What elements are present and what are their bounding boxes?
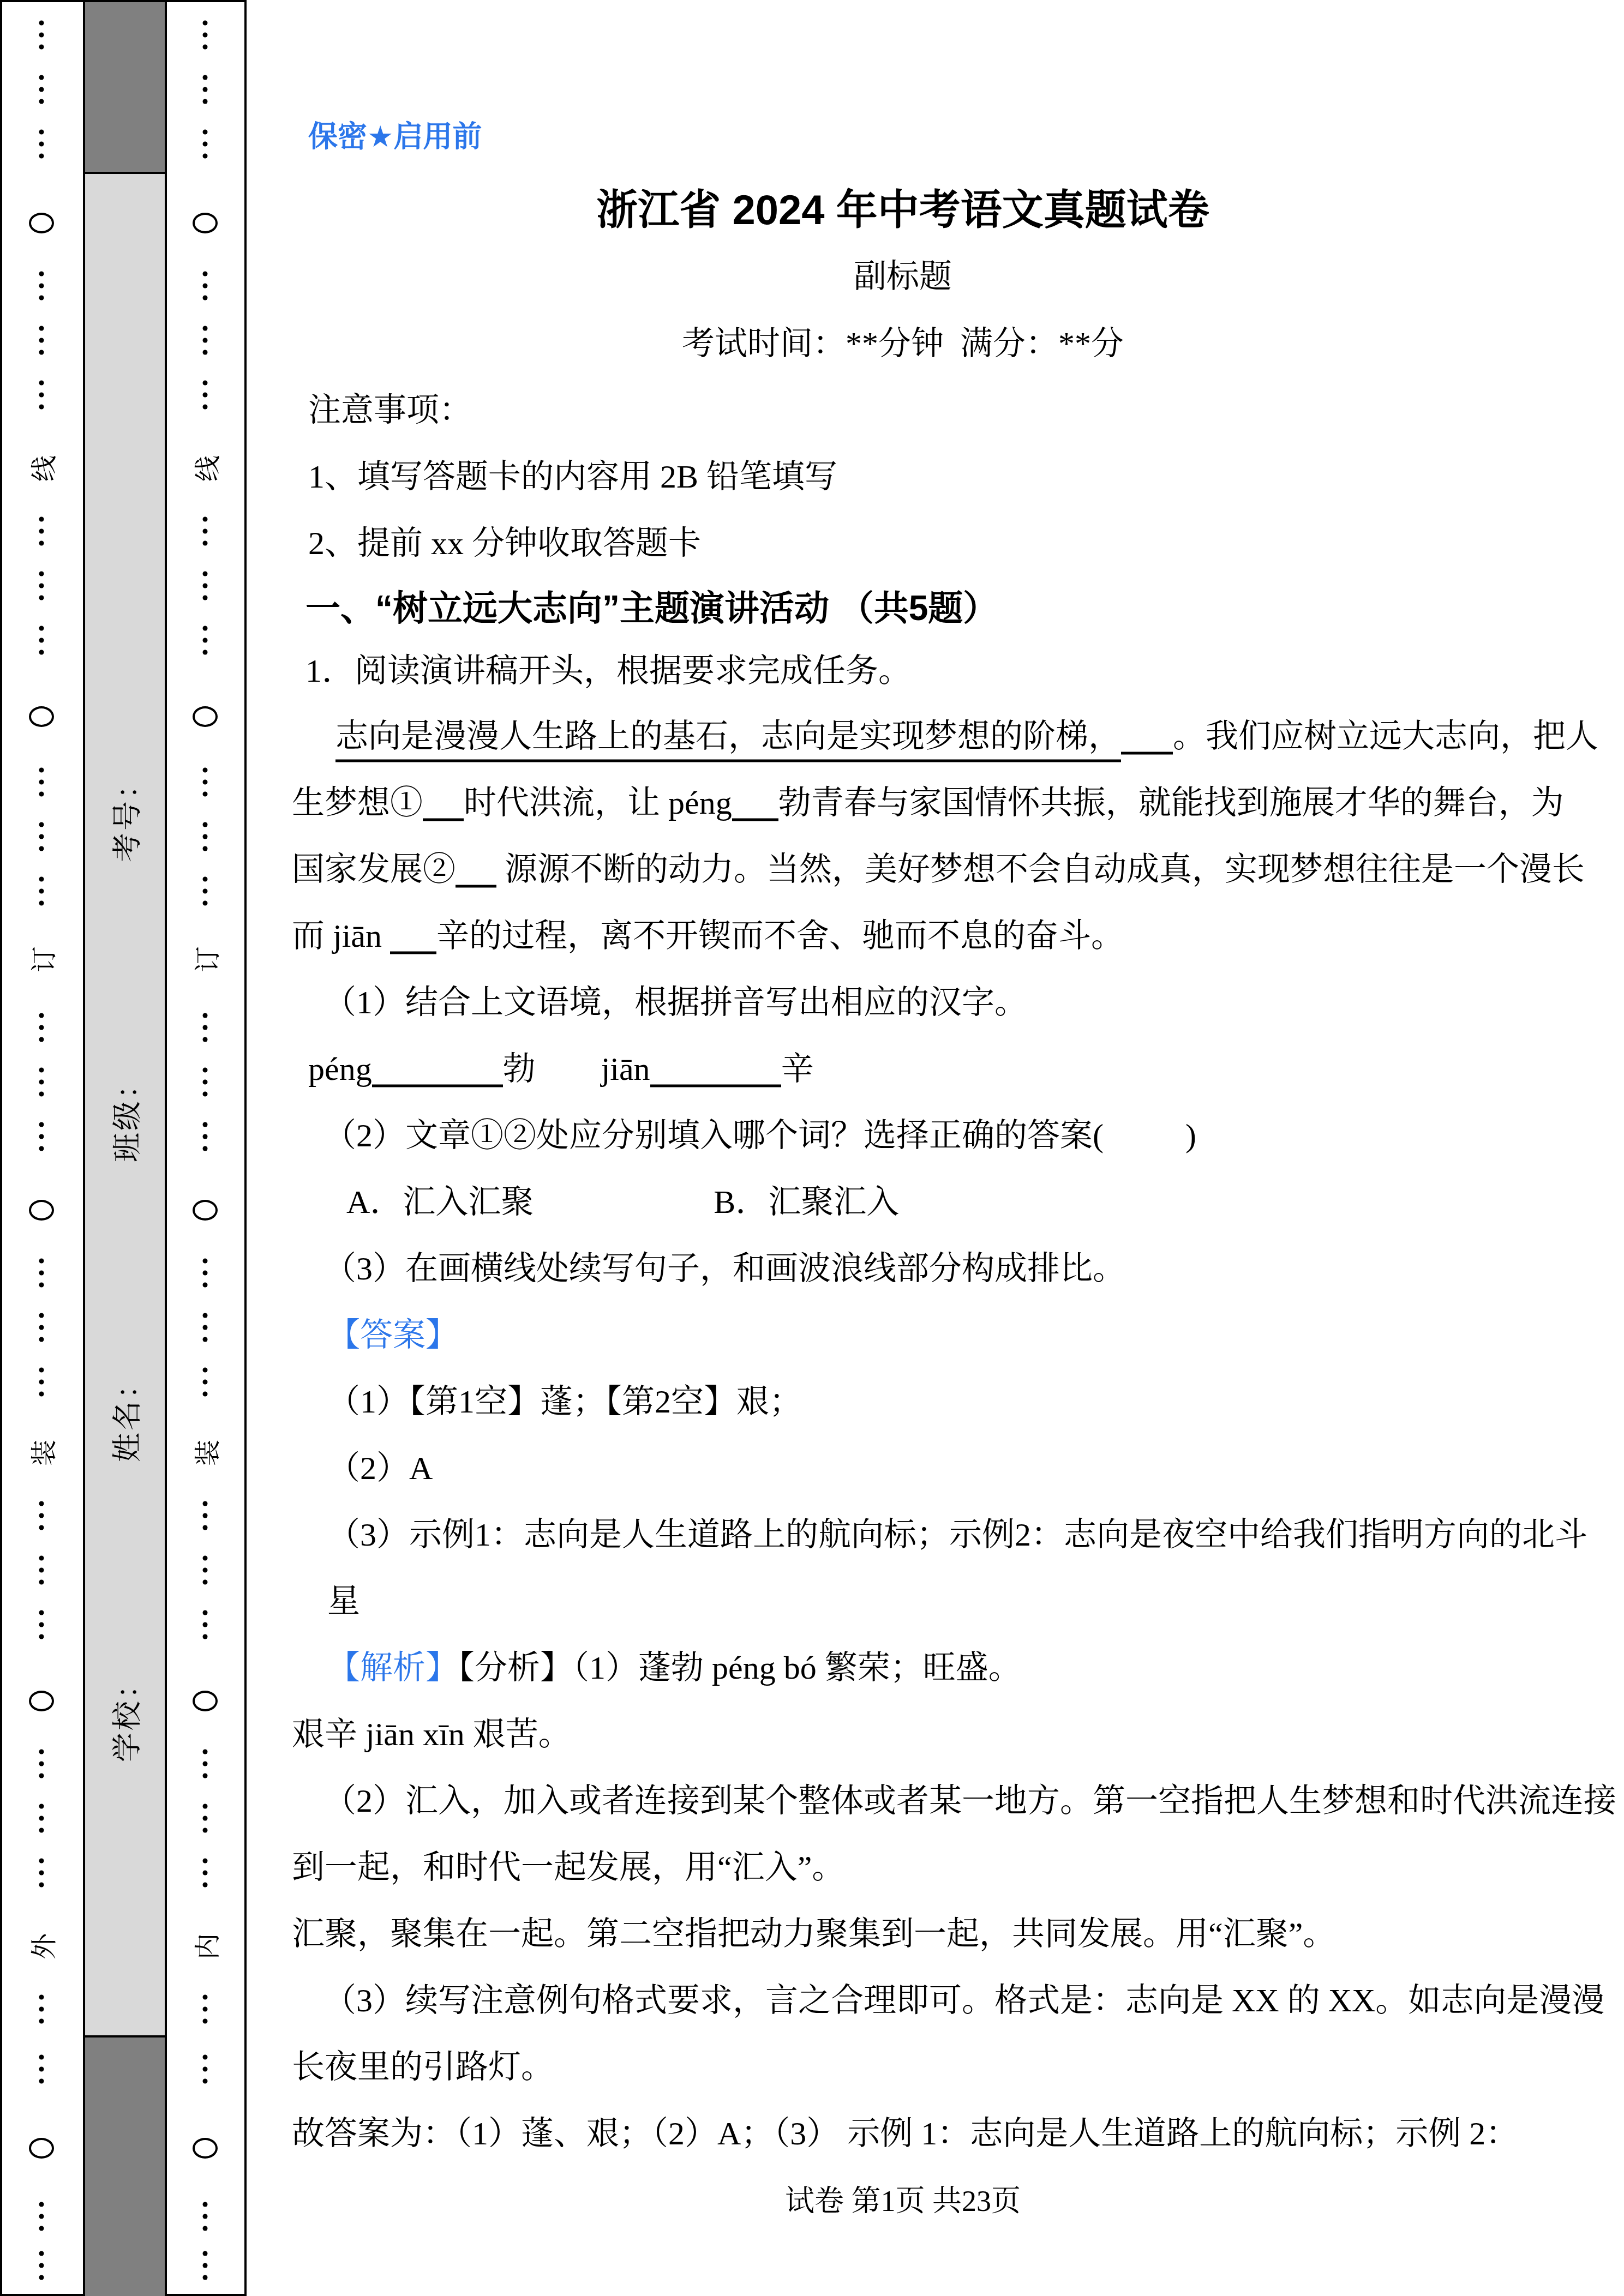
analysis-line-8: 故答案为：（1）蓬、艰；（2）A；（3） 示例 1：志向是人生道路上的航向标；示…: [292, 2113, 1518, 2154]
field-label-school: 学校：: [104, 1667, 146, 1762]
binding-line-outer: 线订装外: [20, 2, 63, 2296]
passage-line-2: 生梦想①时代洪流，让 péng勃青春与家国情怀共振，就能找到施展才华的舞台，为: [292, 783, 1564, 824]
answer-line-1: （1）【第1空】蓬；【第2空】艰；: [327, 1381, 802, 1422]
binding-dot: [203, 2055, 208, 2060]
binding-dot: [39, 2226, 44, 2231]
binding-dot: [39, 1513, 44, 1518]
exam-paper-page: { "sidebar": { "student_fields": [ {"lab…: [0, 0, 1624, 2296]
field-label-name: 姓名：: [104, 1367, 146, 1462]
binding-dot: [203, 381, 208, 386]
pinyin-answer-line: péng勃jiān辛: [308, 1049, 814, 1090]
binding-dot: [39, 272, 44, 277]
binding-dot: [39, 638, 44, 643]
binding-dot: [203, 780, 208, 785]
binding-line-inner: 线订装内: [183, 2, 227, 2296]
binding-dot: [39, 2007, 44, 2012]
binding-dot: [39, 584, 44, 588]
question-intro: 1．阅读演讲稿开头，根据要求完成任务。: [305, 651, 911, 692]
binding-dot: [203, 1501, 208, 1506]
binding-hole-circle: [29, 1200, 54, 1221]
binding-dot: [39, 1622, 44, 1627]
binding-dot: [203, 350, 208, 355]
binding-dot: [39, 1610, 44, 1615]
binding-dot: [39, 1859, 44, 1864]
passage-text: 时代洪流，让 péng: [464, 785, 732, 821]
binding-dot: [203, 1762, 208, 1766]
binding-dot: [203, 834, 208, 839]
binding-dot: [203, 326, 208, 331]
binding-dot: [39, 1013, 44, 1018]
binding-dot: [203, 75, 208, 80]
binding-dot: [203, 792, 208, 797]
binding-dot: [39, 296, 44, 300]
binding-dot: [203, 596, 208, 600]
binding-dot: [203, 517, 208, 522]
binding-char-inner-1: 订: [187, 946, 224, 972]
binding-dot: [39, 846, 44, 851]
binding-dot: [203, 1080, 208, 1085]
binding-dot: [203, 1392, 208, 1397]
binding-hole-circle: [193, 706, 218, 727]
passage-line-4: 而 jiān 辛的过程，离不开锲而不舍、驰而不息的奋斗。: [292, 916, 1124, 957]
binding-dot: [203, 2226, 208, 2231]
binding-dot: [203, 1037, 208, 1042]
binding-dot: [203, 393, 208, 398]
fill-blank-1: [423, 812, 464, 821]
binding-dot: [203, 2275, 208, 2280]
analysis-text: 【分析】（1）蓬勃 péng bó 繁荣；旺盛。: [458, 1650, 1021, 1686]
binding-hole-circle: [193, 1200, 218, 1221]
binding-dot: [39, 889, 44, 894]
binding-dot: [39, 393, 44, 398]
binding-dot: [39, 2079, 44, 2084]
analysis-line-3: （2）汇入，加入或者连接到某个整体或者某一地方。第一空指把人生梦想和时代洪流连接: [323, 1781, 1616, 1822]
binding-char-inner-0: 线: [187, 455, 224, 482]
binding-dot: [39, 1380, 44, 1385]
exam-info: 考试时间：**分钟 满分：**分: [248, 323, 1557, 364]
binding-char-outer-0: 线: [23, 455, 61, 482]
binding-dot: [203, 1804, 208, 1809]
student-info-bar-dark-bottom: [85, 2035, 165, 2296]
binding-dot: [203, 650, 208, 655]
binding-dot: [39, 596, 44, 600]
binding-dot: [203, 638, 208, 643]
binding-dot: [39, 1568, 44, 1573]
binding-dot: [203, 33, 208, 38]
pinyin-blank-1: [372, 1078, 503, 1087]
binding-dot: [203, 1325, 208, 1330]
binding-dot: [203, 1525, 208, 1530]
binding-dot: [39, 1313, 44, 1318]
binding-dot: [39, 2275, 44, 2280]
binding-dot: [203, 2079, 208, 2084]
answer-line-3: （3）示例1：志向是人生道路上的航向标；示例2：志向是夜空中给我们指明方向的北斗: [327, 1514, 1587, 1555]
binding-dot: [39, 338, 44, 343]
analysis-line-1: 【解析】【分析】（1）蓬勃 péng bó 繁荣；旺盛。: [327, 1648, 1021, 1688]
binding-dot: [39, 2055, 44, 2060]
binding-hole-circle: [193, 2138, 218, 2159]
binding-char-outer-1: 订: [23, 946, 61, 972]
binding-dot: [203, 1816, 208, 1821]
binding-dot: [39, 517, 44, 522]
binding-dot: [39, 650, 44, 655]
binding-dot: [39, 1025, 44, 1030]
page-title: 浙江省 2024 年中考语文真题试卷: [248, 184, 1557, 236]
pinyin-peng: péng: [308, 1051, 372, 1087]
binding-dot: [203, 1013, 208, 1018]
page-footer: 试卷 第1页 共23页: [248, 2183, 1557, 2220]
binding-dot: [203, 1146, 208, 1151]
binding-dot: [203, 296, 208, 300]
binding-hole-circle: [29, 2138, 54, 2159]
binding-dot: [39, 834, 44, 839]
fill-blank-2: [456, 879, 496, 888]
binding-dot: [39, 877, 44, 882]
binding-dot: [39, 1828, 44, 1833]
binding-dot: [203, 846, 208, 851]
binding-dot: [39, 1750, 44, 1754]
binding-dot: [203, 572, 208, 576]
binding-dot: [39, 1392, 44, 1397]
binding-dot: [39, 2202, 44, 2207]
binding-dot: [203, 1622, 208, 1627]
binding-dot: [203, 2251, 208, 2256]
binding-dot: [39, 541, 44, 546]
fill-blank-jian: [390, 945, 436, 954]
binding-dot: [39, 87, 44, 92]
binding-dot: [203, 529, 208, 534]
binding-dot: [203, 822, 208, 827]
binding-dot: [203, 21, 208, 26]
binding-dot: [39, 350, 44, 355]
binding-dot: [203, 1337, 208, 1342]
binding-dot: [39, 792, 44, 797]
binding-dot: [39, 75, 44, 80]
hanzi-bo: 勃: [503, 1051, 536, 1087]
secret-label: 保密★启用前: [308, 119, 482, 156]
binding-dot: [39, 768, 44, 773]
binding-dot: [203, 1995, 208, 2000]
binding-dot: [39, 572, 44, 576]
passage-text: 源源不断的动力。当然，美好梦想不会自动成真，实现梦想往往是一个漫长: [496, 851, 1585, 887]
passage-text: 勃青春与家国情怀共振，就能找到施展才华的舞台，为: [778, 785, 1564, 821]
notice-item-1: 1、填写答题卡的内容用 2B 铅笔填写: [308, 456, 837, 497]
analysis-line-6: （3）续写注意例句格式要求，言之合理即可。格式是：志向是 XX 的 XX。如志向…: [323, 1980, 1604, 2021]
binding-dot: [39, 1337, 44, 1342]
binding-dot: [39, 2251, 44, 2256]
binding-dot: [203, 2214, 208, 2219]
binding-dot: [203, 130, 208, 135]
binding-dot: [39, 529, 44, 534]
binding-hole-circle: [29, 1691, 54, 1711]
page-subtitle: 副标题: [248, 256, 1557, 297]
sub-question-1: （1）结合上文语境，根据拼音写出相应的汉字。: [323, 982, 1027, 1023]
binding-dot: [39, 45, 44, 50]
binding-hole-circle: [193, 213, 218, 233]
binding-dot: [39, 1525, 44, 1530]
field-label-exam-number: 考号：: [104, 767, 146, 862]
answer-line-2: （2）A: [327, 1448, 433, 1489]
option-b: B．汇聚汇入: [714, 1184, 899, 1220]
binding-dot: [203, 1134, 208, 1139]
binding-dot: [203, 1580, 208, 1585]
binding-dot: [203, 1610, 208, 1615]
binding-dot: [203, 99, 208, 104]
pinyin-jian: jiān: [601, 1051, 650, 1087]
binding-dot: [203, 1068, 208, 1073]
binding-dot: [203, 1513, 208, 1518]
field-label-class: 班级：: [104, 1067, 146, 1162]
binding-dot: [39, 33, 44, 38]
binding-dot: [203, 1774, 208, 1778]
binding-dot: [203, 626, 208, 631]
binding-dot: [39, 130, 44, 135]
binding-dot: [203, 1025, 208, 1030]
binding-dot: [39, 154, 44, 159]
binding-dot: [39, 284, 44, 288]
passage-text: 生梦想①: [292, 785, 423, 821]
fill-blank-peng: [732, 812, 778, 821]
analysis-line-2: 艰辛 jiān xīn 艰苦。: [292, 1714, 571, 1755]
binding-dot: [203, 2202, 208, 2207]
binding-dot: [39, 1556, 44, 1561]
binding-dot: [39, 1883, 44, 1888]
binding-hole-circle: [29, 706, 54, 727]
binding-char-inner-2: 装: [187, 1440, 224, 1466]
pinyin-blank-2: [650, 1078, 781, 1087]
binding-dot: [203, 1859, 208, 1864]
binding-dot: [203, 272, 208, 277]
binding-dot: [203, 142, 208, 147]
binding-char-outer-2: 装: [23, 1440, 61, 1466]
binding-dot: [39, 1995, 44, 2000]
binding-dot: [39, 1259, 44, 1264]
binding-dot: [203, 584, 208, 588]
binding-dot: [39, 1871, 44, 1876]
hanzi-xin: 辛: [781, 1051, 814, 1087]
binding-dot: [203, 889, 208, 894]
binding-dot: [203, 901, 208, 906]
passage-line-3: 国家发展② 源源不断的动力。当然，美好梦想不会自动成真，实现梦想往往是一个漫长: [292, 849, 1585, 890]
binding-dot: [39, 1804, 44, 1809]
binding-dot: [39, 1762, 44, 1766]
binding-dot: [39, 2214, 44, 2219]
binding-dot: [203, 2019, 208, 2024]
binding-dot: [203, 1122, 208, 1127]
binding-dot: [39, 2067, 44, 2072]
answer-label: 【答案】: [327, 1315, 458, 1356]
binding-dot: [39, 901, 44, 906]
answer-line-3-cont: 星: [327, 1581, 360, 1622]
binding-dot: [39, 1092, 44, 1097]
notice-item-2: 2、提前 xx 分钟收取答题卡: [308, 523, 701, 564]
binding-hole-circle: [193, 1691, 218, 1711]
passage-underlined-clause: 志向是漫漫人生路上的基石，志向是实现梦想的阶梯，: [335, 718, 1121, 762]
binding-dot: [203, 45, 208, 50]
binding-dot: [39, 1580, 44, 1585]
options-line: A．汇入汇聚B．汇聚汇入: [346, 1182, 899, 1223]
binding-dot: [203, 1092, 208, 1097]
binding-dot: [203, 1883, 208, 1888]
binding-dot: [203, 1828, 208, 1833]
passage-text: 辛的过程，离不开锲而不舍、驰而不息的奋斗。: [436, 918, 1124, 954]
binding-dot: [203, 338, 208, 343]
binding-dot: [203, 541, 208, 546]
binding-dot: [39, 405, 44, 410]
binding-dot: [39, 1774, 44, 1778]
binding-dot: [203, 1259, 208, 1264]
option-a: A．汇入汇聚: [346, 1184, 534, 1220]
binding-dot: [39, 1134, 44, 1139]
binding-char-outer-3: 外: [23, 1933, 61, 1960]
binding-dot: [203, 1313, 208, 1318]
binding-dot: [39, 1283, 44, 1288]
binding-dot: [203, 284, 208, 288]
binding-dot: [39, 1501, 44, 1506]
binding-dot: [39, 1325, 44, 1330]
binding-dot: [39, 1816, 44, 1821]
binding-dot: [39, 1634, 44, 1639]
binding-hole-circle: [29, 213, 54, 233]
binding-dot: [203, 2067, 208, 2072]
analysis-line-4: 到一起，和时代一起发展，用“汇入”。: [292, 1847, 844, 1888]
notices-heading: 注意事项：: [308, 390, 472, 431]
fill-blank: [1121, 746, 1173, 755]
binding-dot: [203, 1568, 208, 1573]
passage-line-1: 志向是漫漫人生路上的基石，志向是实现梦想的阶梯，。我们应树立远大志向，把人: [335, 716, 1598, 757]
binding-dot: [203, 768, 208, 773]
binding-dot: [39, 381, 44, 386]
binding-dot: [203, 1556, 208, 1561]
sub-question-2: （2）文章①②处应分别填入哪个词？选择正确的答案( ): [323, 1115, 1196, 1156]
binding-dot: [39, 2263, 44, 2268]
binding-dot: [203, 87, 208, 92]
binding-dot: [39, 1146, 44, 1151]
student-info-bar: 考号： 班级： 姓名： 学校：: [83, 2, 167, 2296]
section-heading: 一、“树立远大志向”主题演讲活动 （共5题）: [305, 586, 998, 630]
binding-dot: [203, 1283, 208, 1288]
binding-dot: [39, 1068, 44, 1073]
binding-char-inner-3: 内: [187, 1933, 224, 1960]
binding-dot: [39, 142, 44, 147]
binding-dot: [39, 822, 44, 827]
binding-dot: [203, 1634, 208, 1639]
binding-dot: [203, 1871, 208, 1876]
analysis-label: 【解析】: [327, 1650, 458, 1686]
binding-dot: [39, 21, 44, 26]
analysis-line-5: 汇聚，聚集在一起。第二空指把动力聚集到一起，共同发展。用“汇聚”。: [292, 1914, 1335, 1955]
binding-dot: [203, 2263, 208, 2268]
sub-question-3: （3）在画横线处续写句子，和画波浪线部分构成排比。: [323, 1248, 1125, 1289]
binding-dot: [39, 99, 44, 104]
binding-dot: [203, 154, 208, 159]
binding-dot: [203, 405, 208, 410]
binding-dot: [39, 1271, 44, 1276]
student-info-bar-dark-top: [85, 2, 165, 174]
passage-text: 而 jiān: [292, 918, 390, 954]
binding-dot: [203, 1750, 208, 1754]
binding-dot: [203, 1271, 208, 1276]
binding-dot: [39, 1122, 44, 1127]
analysis-line-7: 长夜里的引路灯。: [292, 2047, 554, 2088]
binding-dot: [203, 1380, 208, 1385]
passage-text: 。我们应树立远大志向，把人: [1173, 718, 1598, 754]
binding-dot: [39, 1037, 44, 1042]
binding-dot: [203, 2007, 208, 2012]
binding-dot: [39, 1368, 44, 1373]
binding-dot: [39, 780, 44, 785]
binding-dot: [39, 326, 44, 331]
binding-dot: [203, 877, 208, 882]
binding-dot: [39, 626, 44, 631]
binding-sidebar: 线订装外 考号： 班级： 姓名： 学校： 线订装内: [0, 0, 247, 2296]
passage-text: 国家发展②: [292, 851, 456, 887]
binding-dot: [39, 1080, 44, 1085]
binding-dot: [203, 1368, 208, 1373]
binding-dot: [39, 2019, 44, 2024]
